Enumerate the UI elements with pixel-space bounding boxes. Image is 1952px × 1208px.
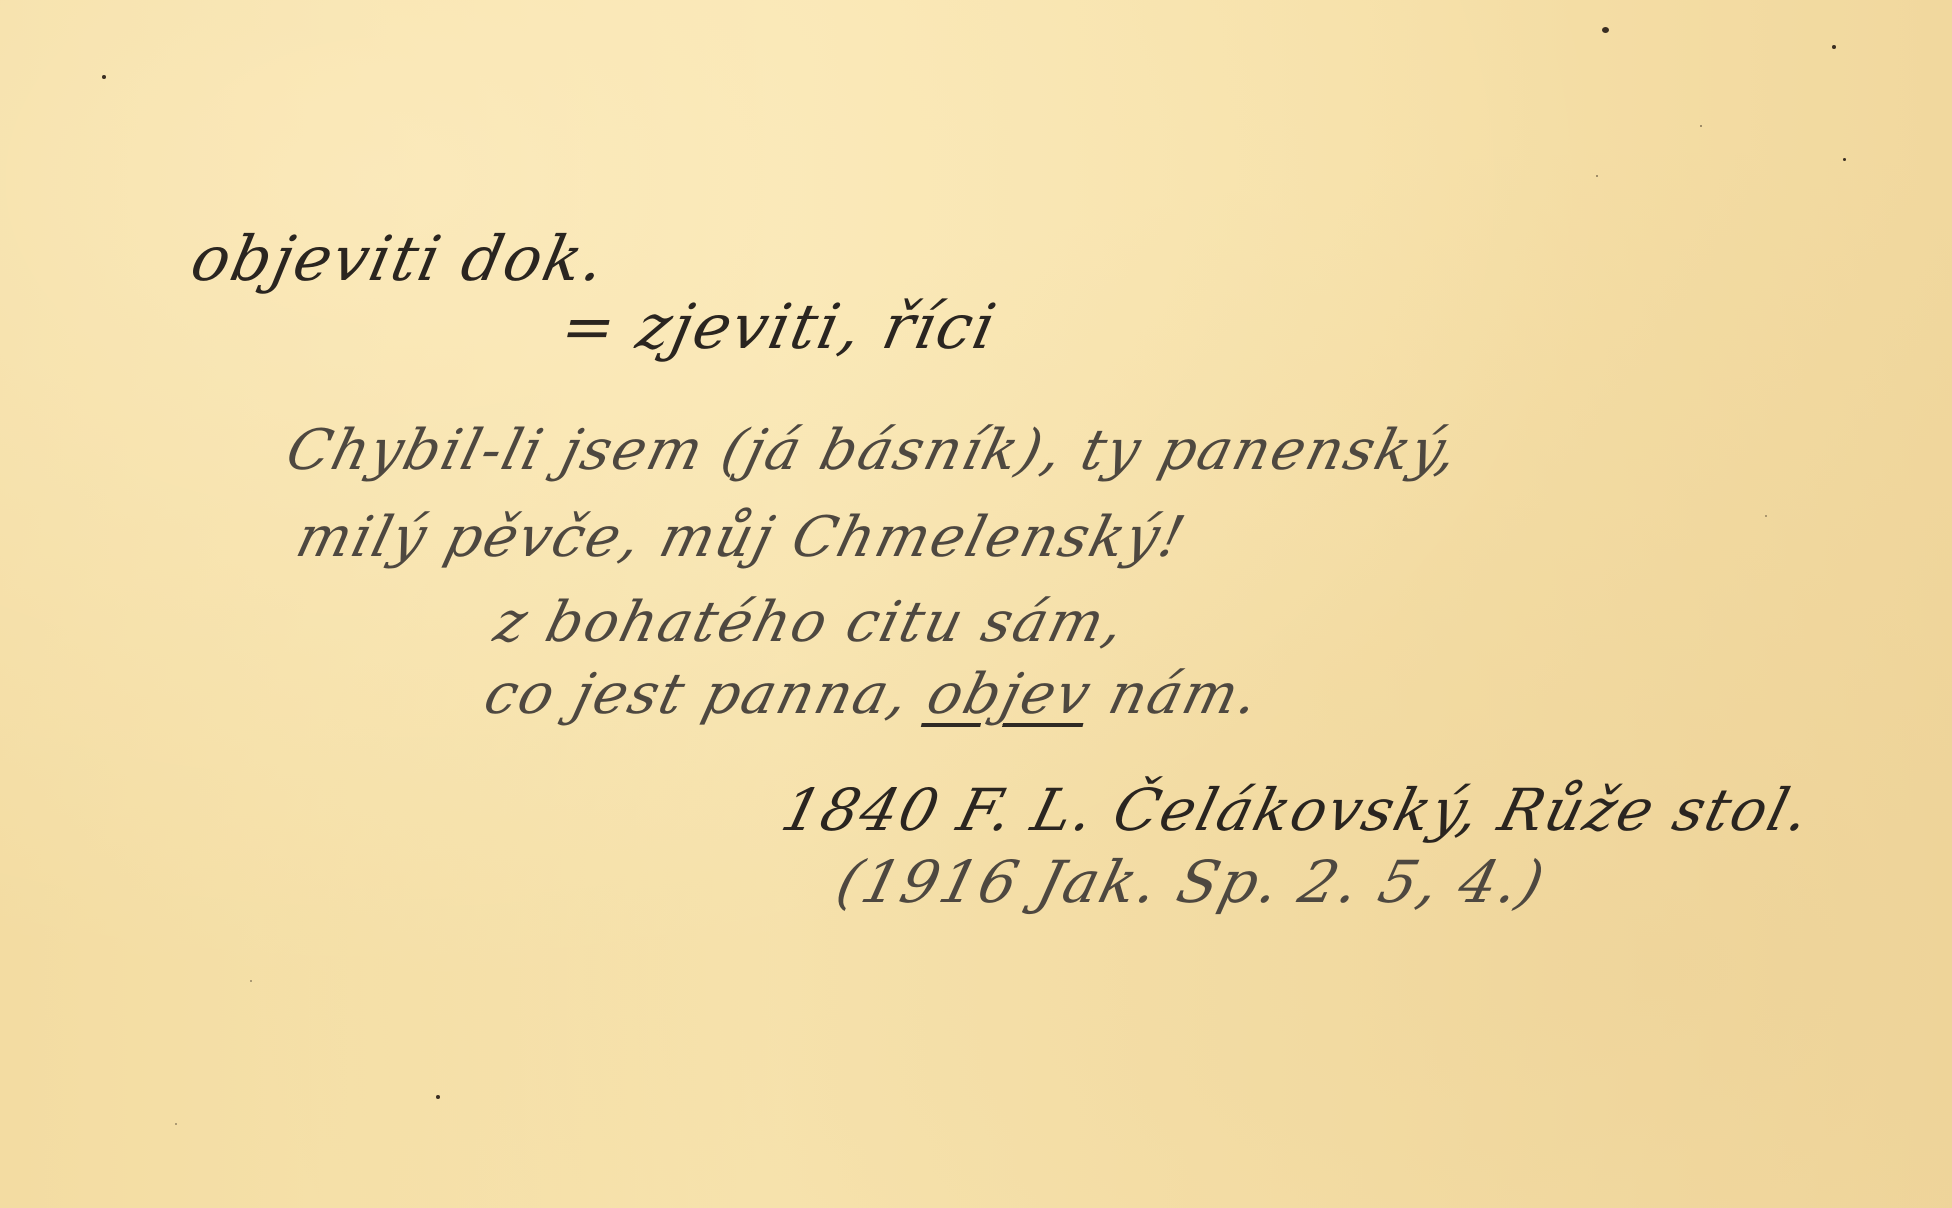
paper-speck [1602, 27, 1609, 33]
paper-speck [102, 75, 106, 79]
paper-speck [1765, 515, 1767, 517]
headword-line: objeviti dok. [185, 222, 613, 295]
paper-speck [1832, 45, 1836, 49]
quotation-line-4-start: co jest panna, [478, 662, 937, 727]
paper-speck [1700, 125, 1702, 127]
paper-speck [1596, 175, 1598, 177]
quotation-line-3: z bohatého citu sám, [488, 590, 1132, 655]
quotation-line-4: co jest panna, objev nám. [478, 662, 1267, 727]
paper-speck [1843, 158, 1846, 161]
definition: = zjeviti, říci [555, 290, 1004, 363]
quotation-line-1: Chybil-li jsem (já básník), ty panenský, [280, 418, 1466, 483]
paper-speck [436, 1095, 440, 1099]
paper-speck [250, 980, 252, 982]
quotation-line-4-end: nám. [1082, 662, 1266, 727]
underlined-headword-occurrence: objev [921, 662, 1099, 727]
citation-reference: (1916 Jak. Sp. 2. 5, 4.) [830, 848, 1553, 916]
quotation-line-2: milý pěvče, můj Chmelenský! [290, 505, 1193, 570]
paper-speck [175, 1123, 177, 1125]
citation-source: 1840 F. L. Čelákovský, Růže stol. [775, 776, 1818, 844]
